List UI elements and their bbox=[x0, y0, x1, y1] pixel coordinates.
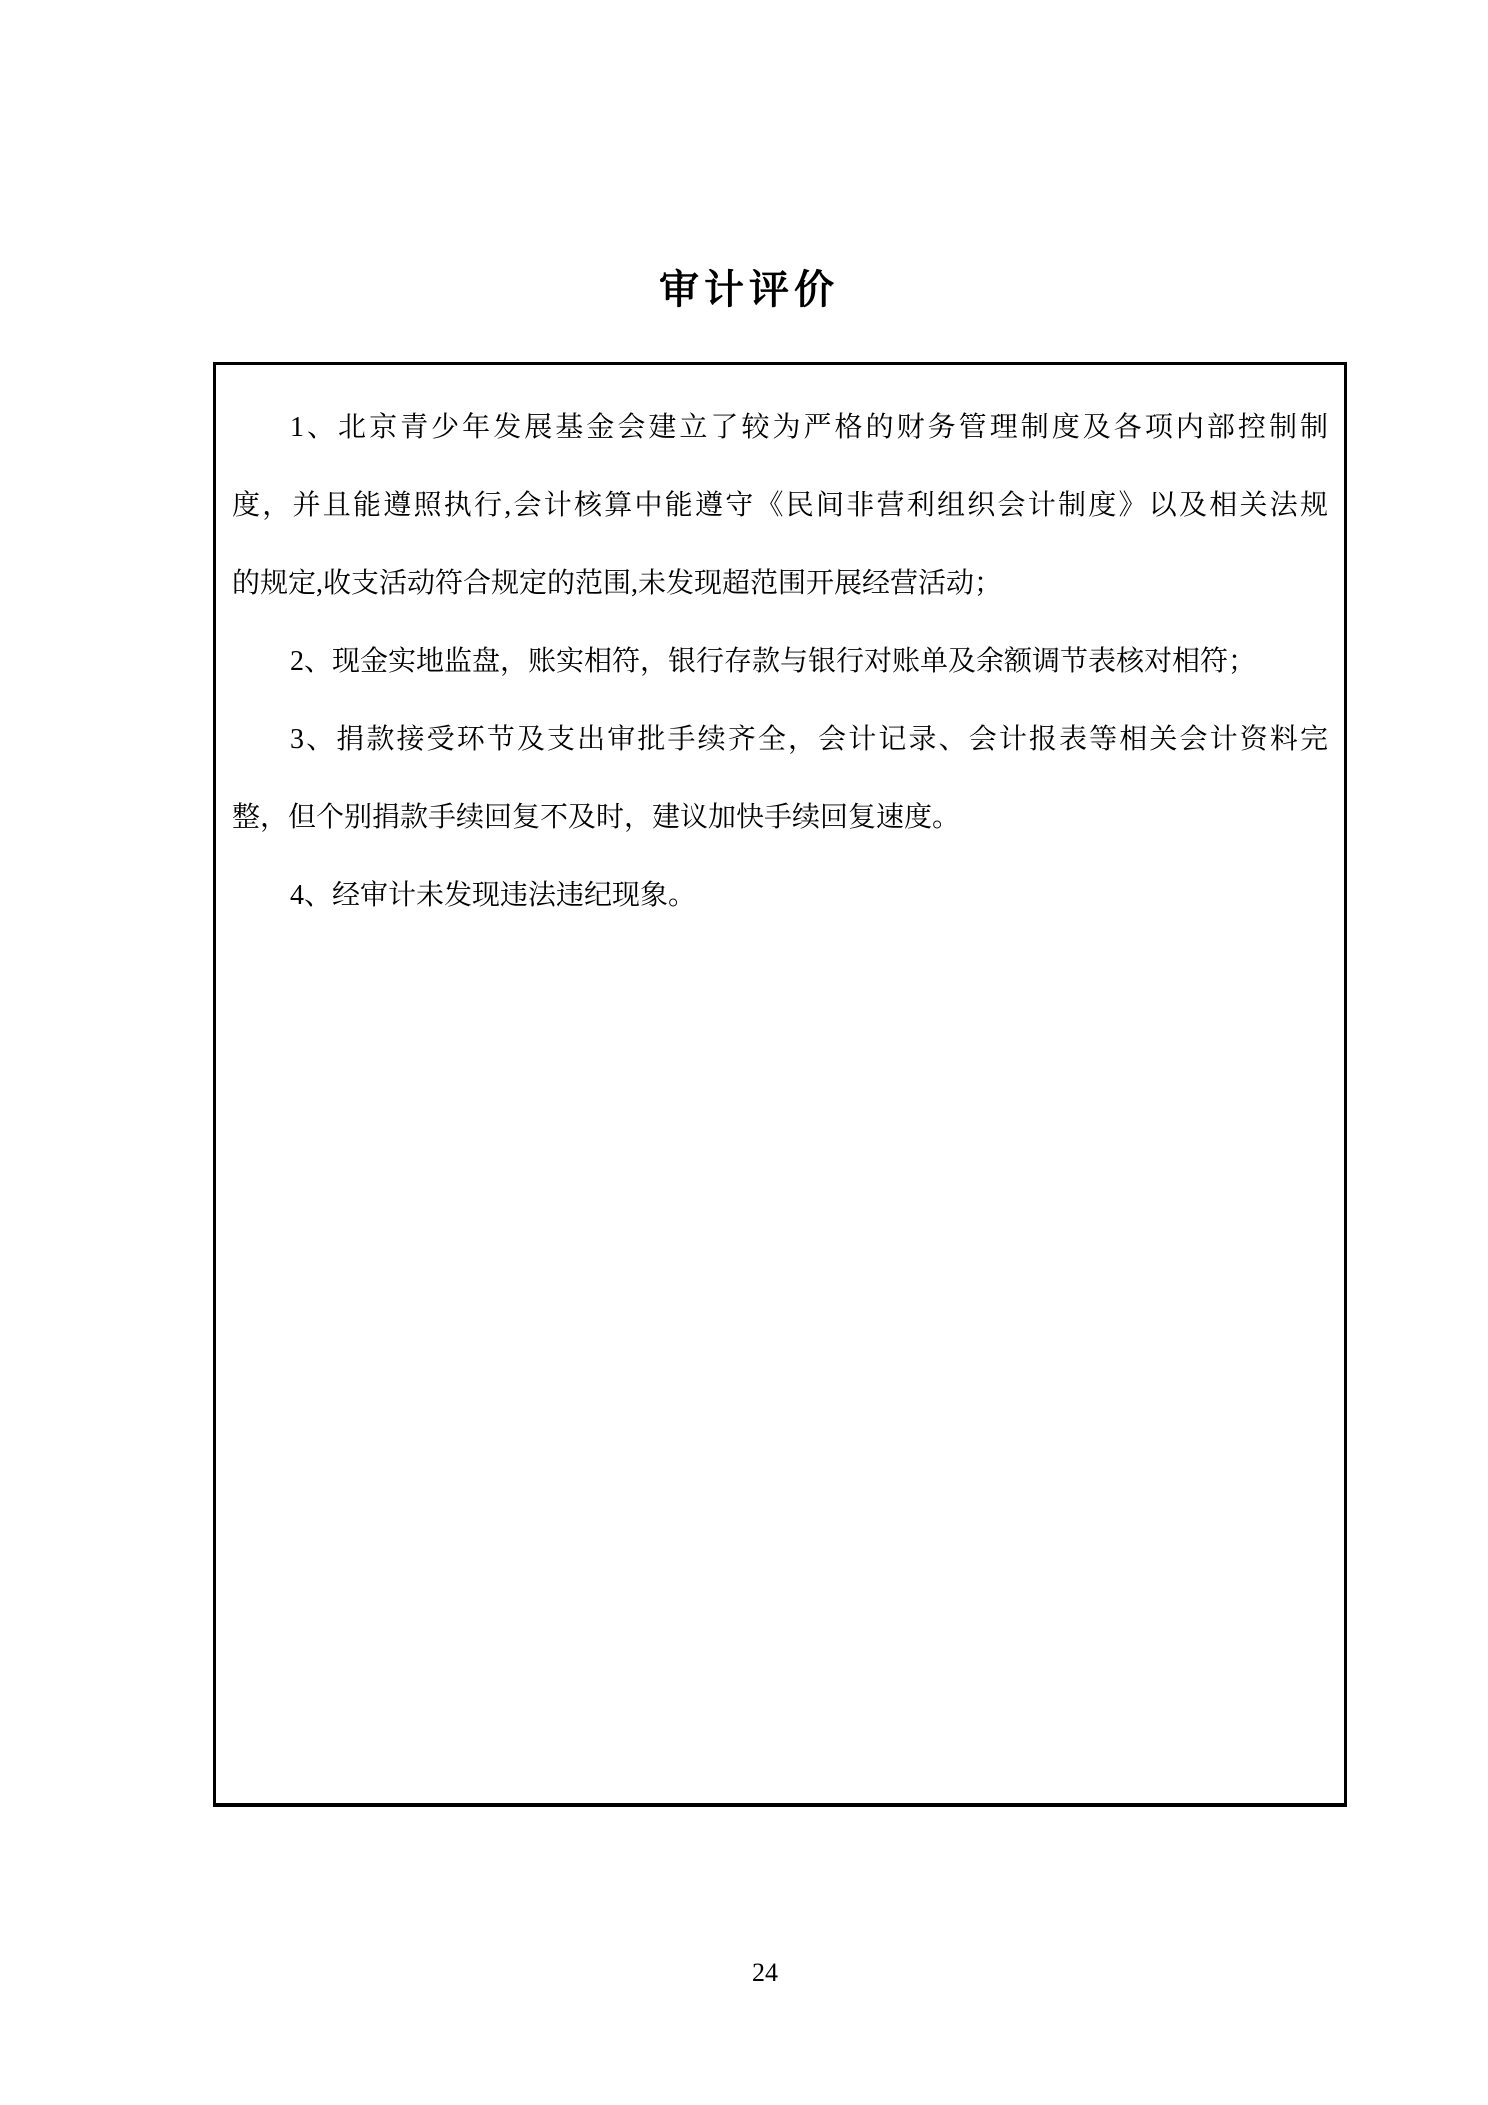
paragraph-line: 度，并且能遵照执行,会计核算中能遵守《民间非营利组织会计制度》以及相关法规 bbox=[232, 467, 1328, 545]
paragraph-line: 整，但个别捐款手续回复不及时，建议加快手续回复速度。 bbox=[232, 779, 1328, 857]
paragraph-line: 1、北京青少年发展基金会建立了较为严格的财务管理制度及各项内部控制制 bbox=[232, 389, 1328, 467]
paragraph-list: 1、北京青少年发展基金会建立了较为严格的财务管理制度及各项内部控制制度，并且能遵… bbox=[232, 389, 1328, 935]
paragraph-line: 3、捐款接受环节及支出审批手续齐全，会计记录、会计报表等相关会计资料完 bbox=[232, 701, 1328, 779]
audit-evaluation-box: 1、北京青少年发展基金会建立了较为严格的财务管理制度及各项内部控制制度，并且能遵… bbox=[213, 362, 1347, 1807]
paragraph-line: 4、经审计未发现违法违纪现象。 bbox=[232, 857, 1328, 935]
paragraph-line: 2、现金实地监盘，账实相符，银行存款与银行对账单及余额调节表核对相符； bbox=[232, 623, 1328, 701]
paragraph-line: 的规定,收支活动符合规定的范围,未发现超范围开展经营活动； bbox=[232, 545, 1328, 623]
page-title: 审计评价 bbox=[10, 258, 1488, 315]
page-number: 24 bbox=[42, 1958, 1488, 1988]
